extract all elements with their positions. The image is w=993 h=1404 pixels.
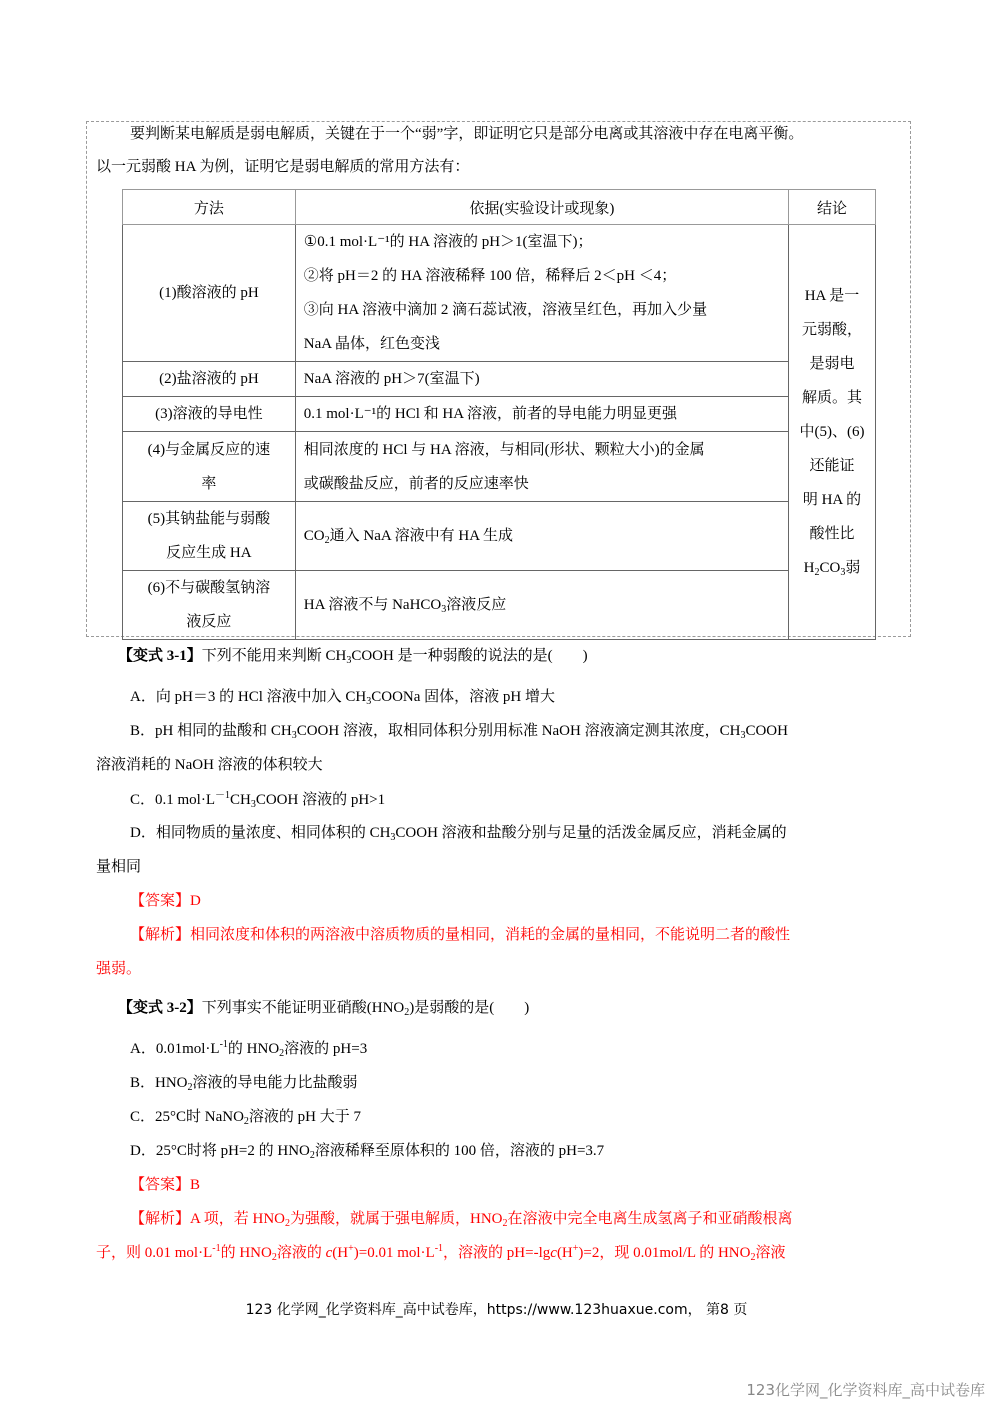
basis-cell: ①0.1 mol·L⁻¹的 HA 溶液的 pH＞1(室温下)； ②将 pH＝2 … [295,225,788,362]
q2-option-b: B．HNO2溶液的导电能力比盐酸弱 [130,1073,358,1093]
q2-option-a: A．0.01mol·L-1的 HNO2溶液的 pH=3 [130,1039,367,1059]
method-cell: (4)与金属反应的速 率 [123,432,296,502]
method-line: 率 [131,467,287,501]
conclusion-line: 中(5)、(6) [797,415,867,449]
header-basis: 依据(实验设计或现象) [295,190,788,225]
table-row: (4)与金属反应的速 率 相同浓度的 HCl 与 HA 溶液，与相同(形状、颗粒… [123,432,876,502]
method-cell: (1)酸溶液的 pH [123,225,296,362]
q2-stem: 【变式 3-2】下列事实不能证明亚硝酸(HNO2)是弱酸的是( ) [118,998,529,1018]
table-row: (3)溶液的导电性 0.1 mol·L⁻¹的 HCl 和 HA 溶液，前者的导电… [123,397,876,432]
q1-answer: 【答案】D [130,891,201,911]
q1-option-a: A．向 pH＝3 的 HCl 溶液中加入 CH3COONa 固体，溶液 pH 增… [130,687,555,707]
method-line: 液反应 [131,605,287,639]
method-line: (6)不与碳酸氢钠溶 [131,571,287,605]
table-header-row: 方法 依据(实验设计或现象) 结论 [123,190,876,225]
q2-analysis: 【解析】A 项，若 HNO2为强酸，就属于强电解质，HNO2在溶液中完全电离生成… [130,1209,793,1229]
basis-line: ②将 pH＝2 的 HA 溶液稀释 100 倍，稀释后 2＜pH ＜4； [304,259,780,293]
basis-line: 相同浓度的 HCl 与 HA 溶液，与相同(形状、颗粒大小)的金属 [304,433,780,467]
basis-line: 或碳酸盐反应，前者的反应速率快 [304,467,780,501]
conclusion-line: 还能证 [797,449,867,483]
q1-option-b: B．pH 相同的盐酸和 CH3COOH 溶液，取相同体积分别用标准 NaOH 溶… [130,721,788,741]
conclusion-line: 明 HA 的 [797,483,867,517]
table-row: (6)不与碳酸氢钠溶 液反应 HA 溶液不与 NaHCO3溶液反应 [123,571,876,640]
basis-line: ①0.1 mol·L⁻¹的 HA 溶液的 pH＞1(室温下)； [304,225,780,259]
q1-analysis-cont: 强弱。 [96,959,141,979]
q1-option-b-cont: 溶液消耗的 NaOH 溶液的体积较大 [96,755,323,775]
q1-label: 【变式 3-1】 [118,648,202,664]
conclusion-line: H2CO3弱 [797,551,867,585]
header-method: 方法 [123,190,296,225]
intro-line-2: 以一元弱酸 HA 为例，证明它是弱电解质的常用方法有： [96,157,469,177]
q1-option-c: C．0.1 mol·L－1CH3COOH 溶液的 pH>1 [130,790,385,810]
method-line: 反应生成 HA [131,536,287,570]
basis-cell: 相同浓度的 HCl 与 HA 溶液，与相同(形状、颗粒大小)的金属 或碳酸盐反应… [295,432,788,502]
basis-cell: HA 溶液不与 NaHCO3溶液反应 [295,571,788,640]
basis-cell: CO2通入 NaA 溶液中有 HA 生成 [295,502,788,571]
conclusion-line: 酸性比 [797,517,867,551]
method-cell: (3)溶液的导电性 [123,397,296,432]
header-conclusion: 结论 [789,190,876,225]
q2-option-d: D．25°C时将 pH=2 的 HNO2溶液稀释至原体积的 100 倍，溶液的 … [130,1141,604,1161]
conclusion-line: HA 是一 [797,279,867,313]
q2-analysis-cont: 子，则 0.01 mol·L-1的 HNO2溶液的 c(H+)=0.01 mol… [96,1243,785,1263]
basis-cell: 0.1 mol·L⁻¹的 HCl 和 HA 溶液，前者的导电能力明显更强 [295,397,788,432]
q1-analysis: 【解析】相同浓度和体积的两溶液中溶质物质的量相同，消耗的金属的量相同，不能说明二… [130,925,790,945]
table-row: (2)盐溶液的 pH NaA 溶液的 pH＞7(室温下) [123,362,876,397]
q1-option-d-cont: 量相同 [96,857,141,877]
watermark: 123化学网_化学资料库_高中试卷库 [746,1379,985,1400]
conclusion-line: 是弱电 [797,347,867,381]
q2-answer: 【答案】B [130,1175,200,1195]
basis-line: ③向 HA 溶液中滴加 2 滴石蕊试液，溶液呈红色，再加入少量 [304,293,780,327]
conclusion-cell: HA 是一 元弱酸， 是弱电 解质。其 中(5)、(6) 还能证 明 HA 的 … [789,225,876,640]
intro-line-1: 要判断某电解质是弱电解质，关键在于一个“弱”字，即证明它只是部分电离或其溶液中存… [130,124,803,144]
q1-stem: 【变式 3-1】下列不能用来判断 CH3COOH 是一种弱酸的说法的是( ) [118,646,588,666]
method-line: (5)其钠盐能与弱酸 [131,502,287,536]
page-footer: 123 化学网_化学资料库_高中试卷库，https://www.123huaxu… [0,1299,993,1319]
method-cell: (5)其钠盐能与弱酸 反应生成 HA [123,502,296,571]
basis-line: NaA 晶体，红色变浅 [304,327,780,361]
conclusion-line: 元弱酸， [797,313,867,347]
conclusion-line: 解质。其 [797,381,867,415]
table-row: (5)其钠盐能与弱酸 反应生成 HA CO2通入 NaA 溶液中有 HA 生成 [123,502,876,571]
table-row: (1)酸溶液的 pH ①0.1 mol·L⁻¹的 HA 溶液的 pH＞1(室温下… [123,225,876,362]
q1-option-d: D．相同物质的量浓度、相同体积的 CH3COOH 溶液和盐酸分别与足量的活泼金属… [130,823,787,843]
method-cell: (2)盐溶液的 pH [123,362,296,397]
methods-table: 方法 依据(实验设计或现象) 结论 (1)酸溶液的 pH ①0.1 mol·L⁻… [122,189,876,640]
method-line: (4)与金属反应的速 [131,433,287,467]
method-cell: (6)不与碳酸氢钠溶 液反应 [123,571,296,640]
q2-option-c: C．25°C时 NaNO2溶液的 pH 大于 7 [130,1107,361,1127]
basis-cell: NaA 溶液的 pH＞7(室温下) [295,362,788,397]
q2-label: 【变式 3-2】 [118,1000,202,1016]
